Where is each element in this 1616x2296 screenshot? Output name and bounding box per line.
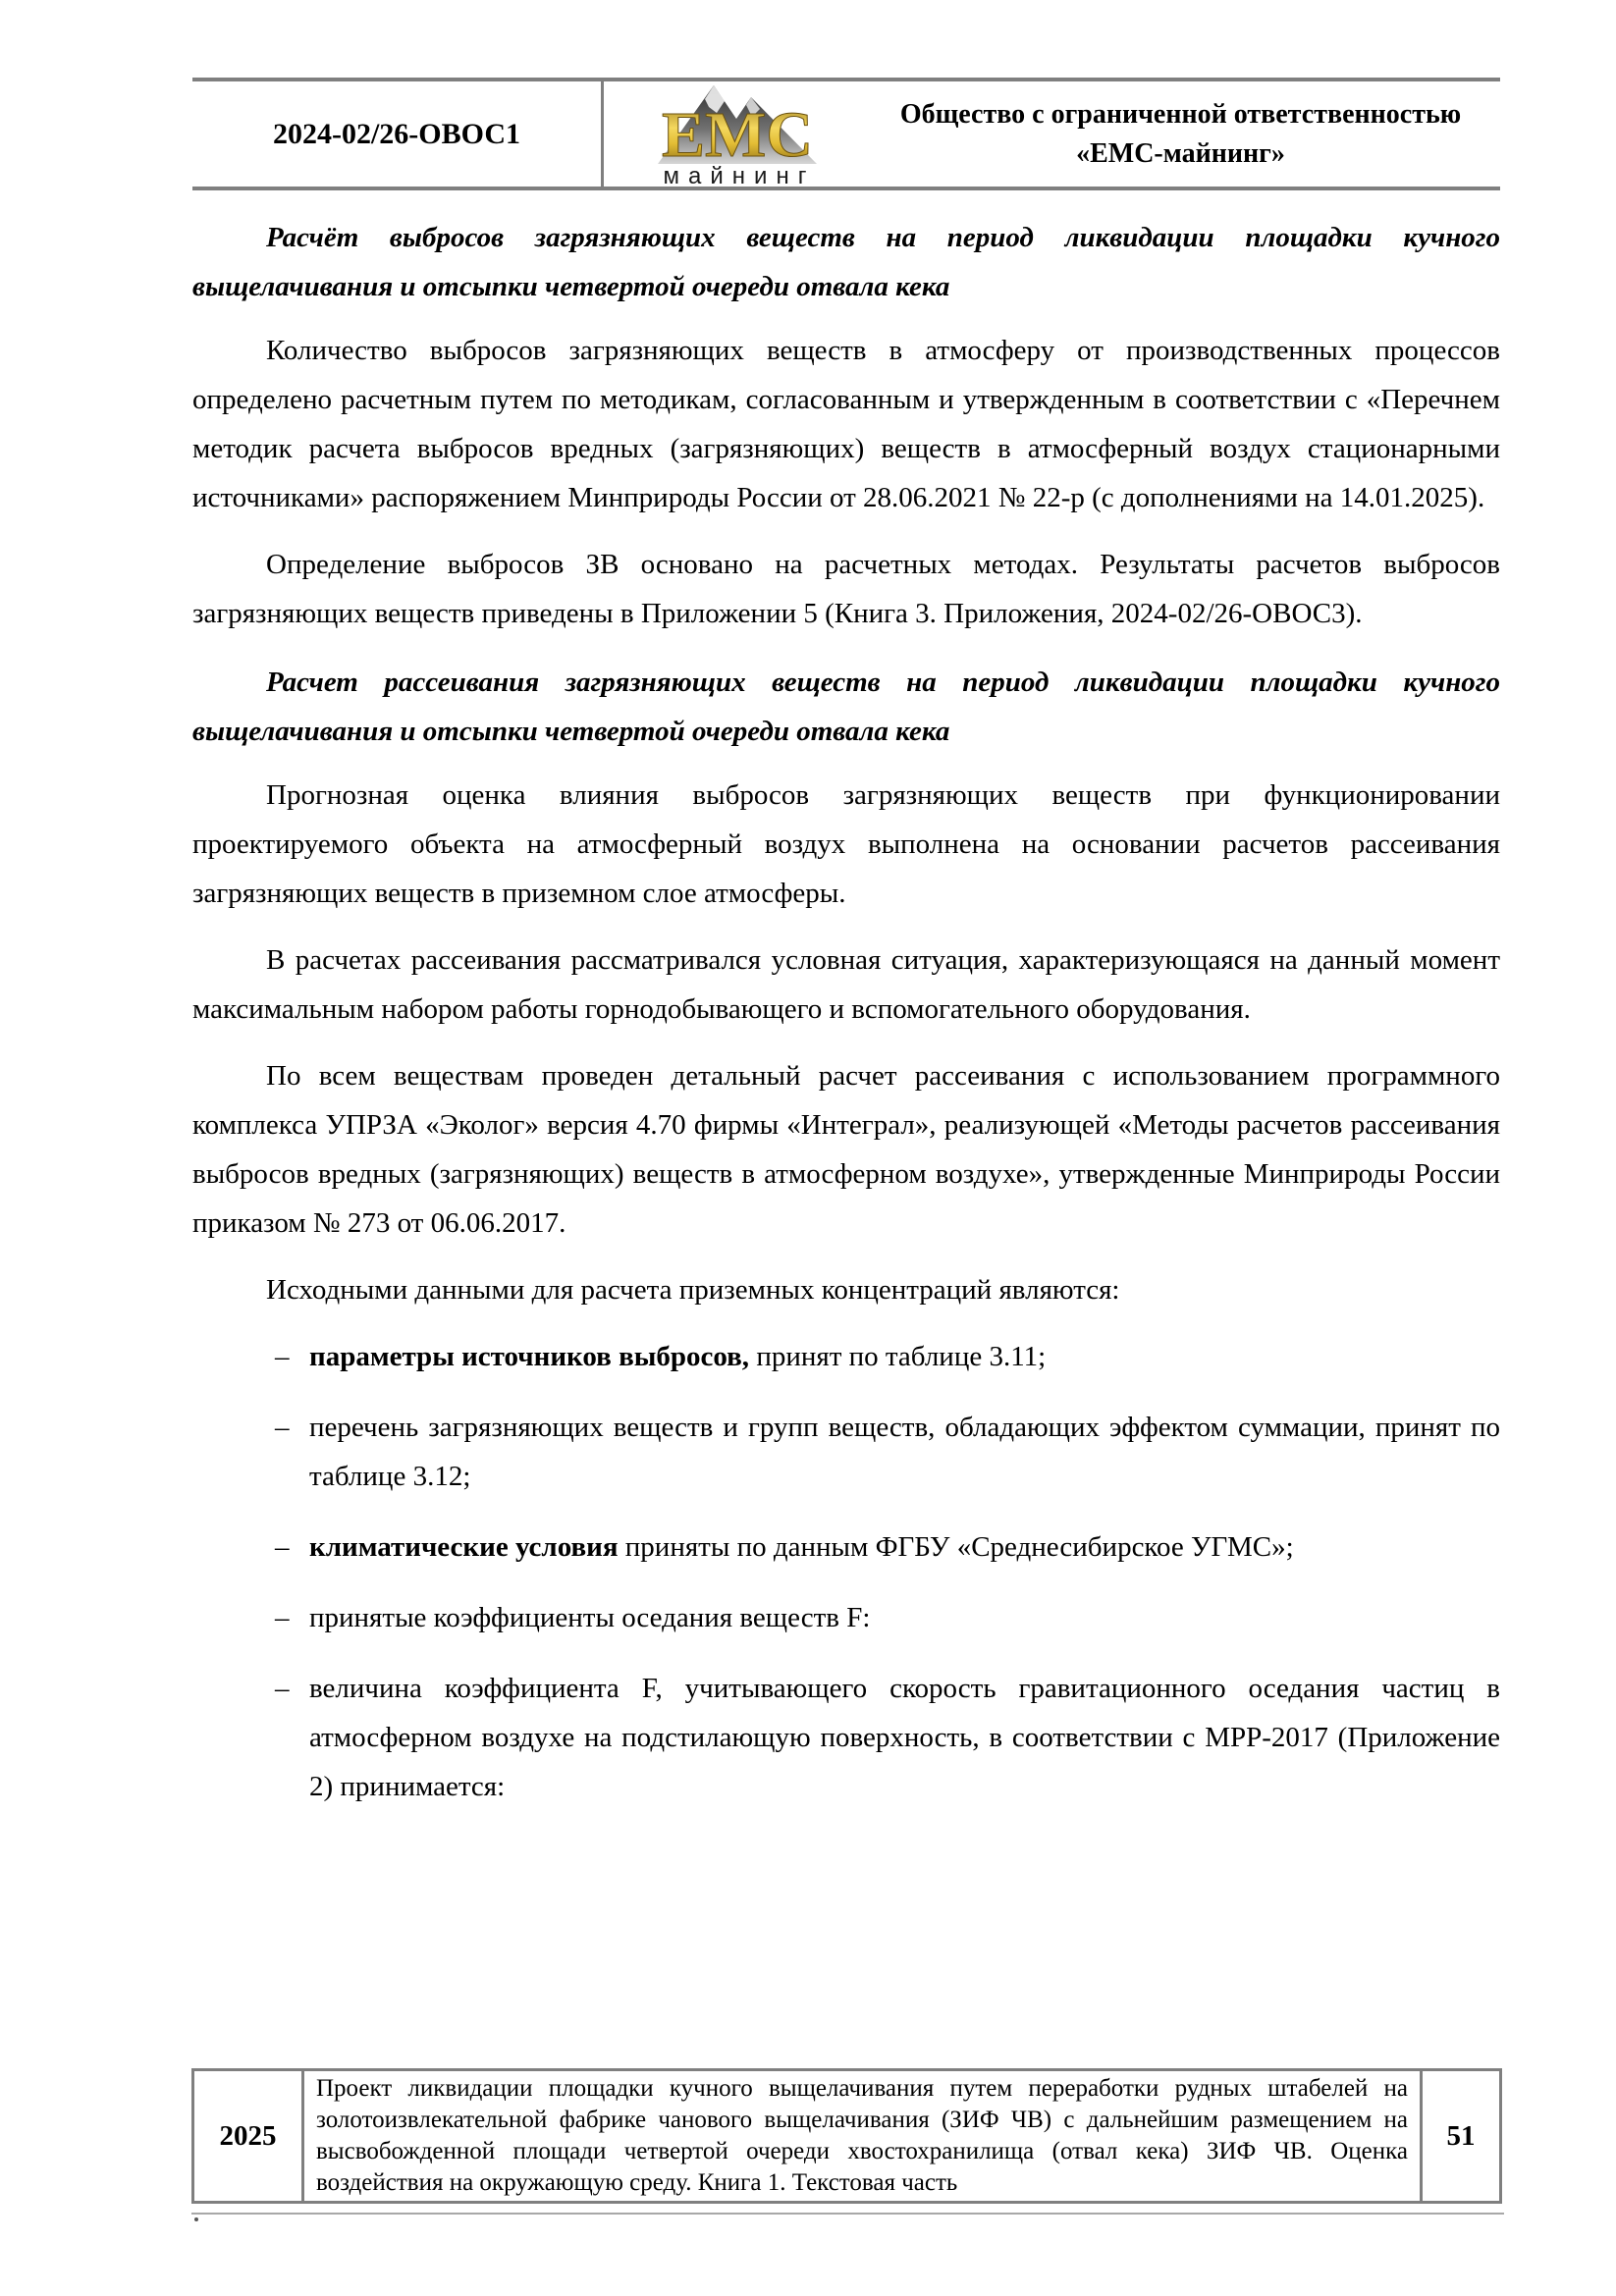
paragraph: По всем веществам проведен детальный рас… — [192, 1051, 1500, 1248]
dash-marker: – — [275, 1593, 290, 1642]
paragraph: Количество выбросов загрязняющих веществ… — [192, 326, 1500, 522]
list-item-text: приняты по данным ФГБУ «Среднесибирское … — [619, 1531, 1294, 1563]
dash-marker: – — [275, 1522, 290, 1572]
stray-dot — [194, 2217, 198, 2221]
section-heading-dispersion: Расчет рассеивания загрязняющих веществ … — [192, 658, 1500, 756]
company-name-line1: Общество с ограниченной ответственностью — [871, 95, 1490, 134]
paragraph: В расчетах рассеивания рассматривался ус… — [192, 935, 1500, 1034]
document-page: 2024-02/26-ОВОС1 — [0, 0, 1616, 2296]
logo-emc-text: ЕМС — [662, 99, 813, 171]
footer-project-description: Проект ликвидации площадки кучного выщел… — [304, 2071, 1423, 2201]
paragraph: Определение выбросов ЗВ основано на расч… — [192, 540, 1500, 638]
list-item-text: принят по таблице 3.11; — [749, 1341, 1046, 1372]
list-intro-paragraph: Исходными данными для расчета приземных … — [192, 1265, 1500, 1314]
mountain-icon: ЕМС майнинг — [611, 80, 864, 189]
footer-year-text: 2025 — [220, 2120, 277, 2153]
page-header: 2024-02/26-ОВОС1 — [192, 78, 1500, 190]
company-name: Общество с ограниченной ответственностью… — [871, 95, 1500, 174]
document-number: 2024-02/26-ОВОС1 — [192, 81, 601, 187]
logo-mining-text: майнинг — [664, 163, 816, 189]
list-item-text: перечень загрязняющих веществ и групп ве… — [309, 1412, 1500, 1492]
list-item-text: величина коэффициента F, учитывающего ск… — [309, 1673, 1500, 1802]
list-item: – параметры источников выбросов, принят … — [192, 1332, 1500, 1381]
document-body: Расчёт выбросов загрязняющих веществ на … — [192, 213, 1500, 1811]
footer-project-description-text: Проект ликвидации площадки кучного выщел… — [316, 2073, 1408, 2199]
list-item-bold: параметры источников выбросов, — [309, 1341, 749, 1372]
header-right-cell: ЕМС майнинг Общество с ограниченной отве… — [601, 81, 1500, 187]
list-item-bold: климатические условия — [309, 1531, 619, 1563]
emc-logo: ЕМС майнинг — [604, 81, 871, 187]
footer-underline — [191, 2213, 1504, 2215]
list-item: – климатические условия приняты по данны… — [192, 1522, 1500, 1572]
page-number: 51 — [1423, 2071, 1499, 2201]
list-item: – принятые коэффициенты оседания веществ… — [192, 1593, 1500, 1642]
paragraph: Прогнозная оценка влияния выбросов загря… — [192, 771, 1500, 918]
company-name-line2: «ЕМС-майнинг» — [871, 134, 1490, 174]
list-item: – перечень загрязняющих веществ и групп … — [192, 1403, 1500, 1501]
list-item: – величина коэффициента F, учитывающего … — [192, 1664, 1500, 1811]
footer-year: 2025 — [194, 2071, 304, 2201]
page-number-text: 51 — [1447, 2120, 1476, 2153]
dash-marker: – — [275, 1403, 290, 1452]
list-item-text: принятые коэффициенты оседания веществ F… — [309, 1602, 870, 1633]
dash-marker: – — [275, 1664, 290, 1713]
page-footer: 2025 Проект ликвидации площадки кучного … — [191, 2068, 1502, 2204]
section-heading-emissions: Расчёт выбросов загрязняющих веществ на … — [192, 213, 1500, 311]
dash-marker: – — [275, 1332, 290, 1381]
document-number-text: 2024-02/26-ОВОС1 — [273, 118, 520, 151]
